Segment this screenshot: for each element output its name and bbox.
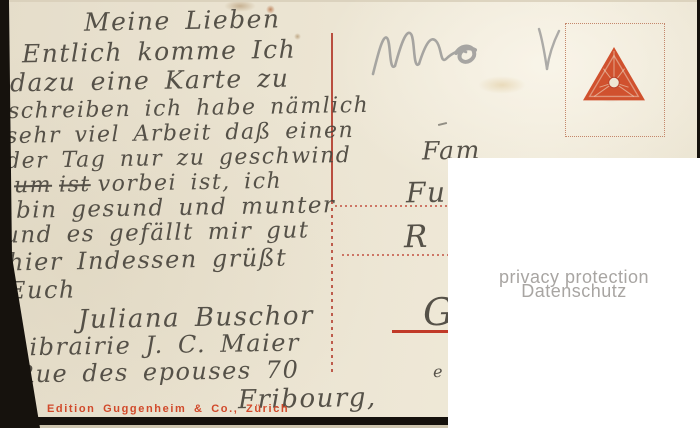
publisher-imprint: Edition Guggenheim & Co., Zürich xyxy=(47,403,289,415)
salutation: Meine Lieben xyxy=(84,4,281,36)
struck-word: um xyxy=(14,173,52,199)
postcard-back: Meine Lieben Entlich komme Ich dazu eine… xyxy=(0,0,700,428)
pencil-scribble-icon xyxy=(370,24,488,80)
message-line: hier Indessen grüßt xyxy=(8,244,288,277)
address-fragment: e xyxy=(433,362,444,381)
message-line: der Tag nur zu geschwind xyxy=(6,143,352,174)
divider-line-dotted xyxy=(331,201,333,375)
pencil-mark-icon xyxy=(536,26,562,72)
address-fragment: Fu xyxy=(406,176,447,210)
address-fragment: R xyxy=(404,219,429,255)
signature-street: Rue des epouses 70 xyxy=(16,356,300,389)
stamp-box xyxy=(565,23,665,137)
scan-edge-top xyxy=(0,0,700,2)
struck-word: ist xyxy=(59,172,91,198)
privacy-label-line2: Datenschutz xyxy=(448,284,700,298)
privacy-label: privacy protection Datenschutz xyxy=(448,270,700,298)
stamp-triangle-icon xyxy=(579,45,649,103)
stray-ink-mark xyxy=(438,122,447,126)
privacy-overlay: privacy protection Datenschutz xyxy=(448,158,700,428)
message-line: dazu eine Karte zu xyxy=(10,64,290,98)
